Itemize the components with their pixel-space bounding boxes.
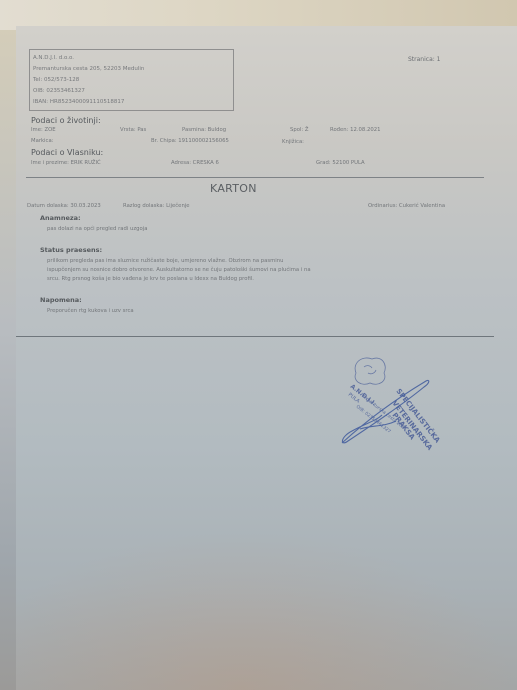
anamnesis-text: pas dolazi na opći pregled radi uzgoja [47,226,148,232]
status-line: srcu. Rtg prsnog koša je bio vađena je k… [47,276,254,282]
anamnesis-heading: Anamneza: [40,214,81,222]
veterinary-stamp: A.N.D.J.I. PULA Premanturska cesta 205 O… [326,351,466,461]
company-phone: Tel: 052/573-128 [33,77,79,83]
stamp-graphic: A.N.D.J.I. PULA Premanturska cesta 205 O… [326,351,466,461]
animal-sex: Spol: Ž [290,127,309,133]
company-info-box: A.N.D.J.I. d.o.o. Premanturska cesta 205… [29,49,234,111]
company-iban: IBAN: HR8523400091110518817 [33,99,124,105]
animal-breed: Pasmina: Buldog [182,127,226,133]
note-text: Preporučen rtg kukova i uzv srca [47,308,134,314]
note-heading: Napomena: [40,296,82,304]
visit-reason: Razlog dolaska: Liječenje [123,203,190,209]
doctor-name: Ordinarius: Cukerić Valentina [368,203,445,209]
owner-name: Ime i prezime: ERIK RUŽIĆ [31,160,101,166]
company-name: A.N.D.J.I. d.o.o. [33,55,74,61]
dog-logo-icon [355,358,385,384]
shadow-overlay [16,530,517,690]
animal-name: Ime: ZOE [31,127,56,133]
company-oib: OIB: 02353461327 [33,88,85,94]
status-line: ispupčenjem su nosnice dobro otvorene. A… [47,267,311,273]
document-page: A.N.D.J.I. d.o.o. Premanturska cesta 205… [16,26,517,690]
status-line: prilikom pregleda pas ima sluznice ružič… [47,258,283,264]
animal-section-heading: Podaci o životinji: [31,116,101,125]
owner-section-heading: Podaci o Vlasniku: [31,148,103,157]
divider-bottom [16,336,494,337]
animal-marking: Markica: [31,138,53,144]
owner-address: Adresa: CRESKA 6 [171,160,219,166]
animal-species: Vrsta: Pas [120,127,146,133]
svg-text:OIB: 02353461327: OIB: 02353461327 [355,404,392,435]
divider-top [26,177,484,178]
animal-booklet: Knjižica: [282,139,304,145]
visit-date: Datum dolaska: 30.03.2023 [27,203,101,209]
animal-chip: Br. Chipa: 191100002156065 [151,138,229,144]
karton-title: KARTON [210,182,257,195]
page-number: Stranica: 1 [408,56,441,63]
company-address: Premanturska cesta 205, 52203 Medulin [33,66,144,72]
owner-city: Grad: 52100 PULA [316,160,365,166]
status-heading: Status praesens: [40,246,102,254]
animal-birthdate: Rođen: 12.08.2021 [330,127,380,133]
